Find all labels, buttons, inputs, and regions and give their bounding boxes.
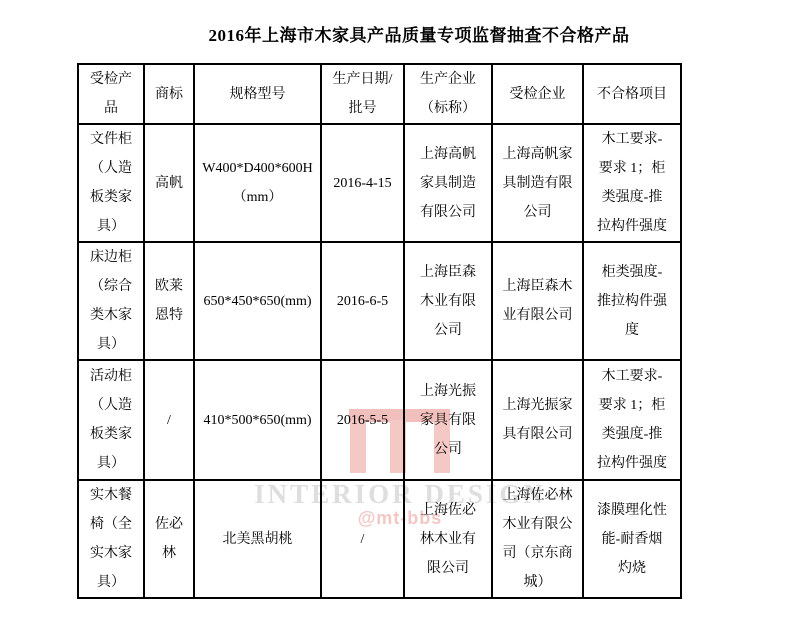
cell-date: 2016-5-5	[321, 360, 404, 480]
header-trademark: 商标	[144, 64, 194, 124]
inspection-results-table: 受检产品 商标 规格型号 生产日期/批号 生产企业（标称） 受检企业 不合格项目…	[77, 63, 682, 599]
cell-failed-items: 木工要求-要求 1；柜类强度-推拉构件强度	[583, 124, 681, 242]
cell-trademark: /	[144, 360, 194, 480]
cell-manufacturer: 上海佐必林木业有限公司	[404, 480, 492, 598]
header-spec-model: 规格型号	[194, 64, 321, 124]
cell-inspected-company: 上海佐必林木业有限公司（京东商城）	[492, 480, 583, 598]
cell-date: 2016-6-5	[321, 242, 404, 360]
cell-inspected-company: 上海高帆家具制造有限公司	[492, 124, 583, 242]
cell-product: 文件柜（人造板类家具）	[78, 124, 144, 242]
cell-product: 活动柜（人造板类家具）	[78, 360, 144, 480]
cell-date: 2016-4-15	[321, 124, 404, 242]
cell-spec: 410*500*650(mm)	[194, 360, 321, 480]
table-row: 活动柜（人造板类家具） / 410*500*650(mm) 2016-5-5 上…	[78, 360, 681, 480]
cell-trademark: 欧莱恩特	[144, 242, 194, 360]
cell-failed-items: 漆膜理化性能-耐香烟灼烧	[583, 480, 681, 598]
cell-trademark: 高帆	[144, 124, 194, 242]
header-failed-items: 不合格项目	[583, 64, 681, 124]
cell-product: 实木餐椅（全实木家具）	[78, 480, 144, 598]
cell-inspected-company: 上海光振家具有限公司	[492, 360, 583, 480]
header-inspected-product: 受检产品	[78, 64, 144, 124]
cell-manufacturer: 上海高帆家具制造有限公司	[404, 124, 492, 242]
document-page: 2016年上海市木家具产品质量专项监督抽查不合格产品 INTERIOR DESI…	[0, 0, 800, 622]
table-row: 实木餐椅（全实木家具） 佐必林 北美黑胡桃 / 上海佐必林木业有限公司 上海佐必…	[78, 480, 681, 598]
cell-spec: W400*D400*600H（mm）	[194, 124, 321, 242]
cell-date: /	[321, 480, 404, 598]
cell-spec: 650*450*650(mm)	[194, 242, 321, 360]
cell-manufacturer: 上海光振家具有限公司	[404, 360, 492, 480]
table-row: 床边柜（综合类木家具） 欧莱恩特 650*450*650(mm) 2016-6-…	[78, 242, 681, 360]
cell-product: 床边柜（综合类木家具）	[78, 242, 144, 360]
header-row: 受检产品 商标 规格型号 生产日期/批号 生产企业（标称） 受检企业 不合格项目	[78, 64, 681, 124]
header-production-date: 生产日期/批号	[321, 64, 404, 124]
page-title: 2016年上海市木家具产品质量专项监督抽查不合格产品	[38, 21, 800, 46]
table-row: 文件柜（人造板类家具） 高帆 W400*D400*600H（mm） 2016-4…	[78, 124, 681, 242]
cell-spec: 北美黑胡桃	[194, 480, 321, 598]
header-manufacturer: 生产企业（标称）	[404, 64, 492, 124]
cell-inspected-company: 上海臣森木业有限公司	[492, 242, 583, 360]
cell-trademark: 佐必林	[144, 480, 194, 598]
header-inspected-company: 受检企业	[492, 64, 583, 124]
cell-failed-items: 木工要求-要求 1；柜类强度-推拉构件强度	[583, 360, 681, 480]
cell-manufacturer: 上海臣森木业有限公司	[404, 242, 492, 360]
cell-failed-items: 柜类强度-推拉构件强度	[583, 242, 681, 360]
